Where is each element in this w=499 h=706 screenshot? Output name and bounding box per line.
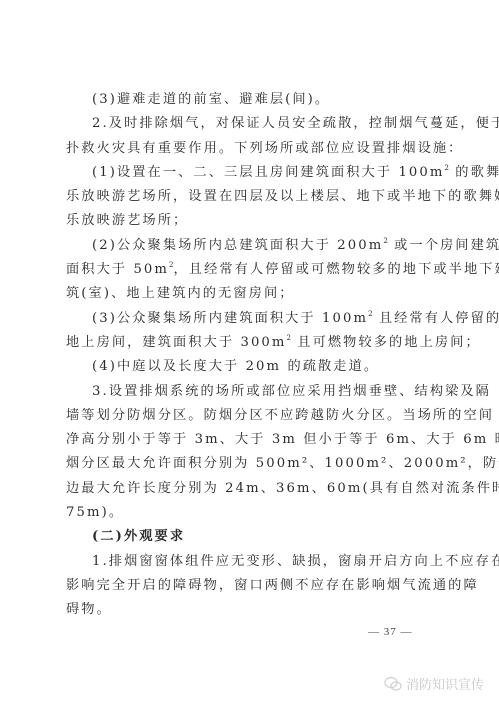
text-segment: 且可燃物较多的地上房间；: [291, 335, 481, 350]
document-page: (3)避难走道的前室、避难层(间)。2.及时排除烟气，对保证人员安全疏散，控制烟…: [66, 88, 434, 623]
text-segment: 地上房间，建筑面积大于 300m: [66, 335, 287, 350]
text-line: (3)公众聚集场所内建筑面积大于 100m2 且经常有人停留的: [66, 307, 434, 331]
text-line: 2.及时排除烟气，对保证人员安全疏散，控制烟气蔓延，便于: [66, 112, 434, 136]
text-line: 影响完全开启的障碍物，窗口两侧不应存在影响烟气流通的障: [66, 574, 434, 598]
text-line: 乐放映游艺场所；: [66, 209, 434, 233]
text-line: 地上房间，建筑面积大于 300m2 且可燃物较多的地上房间；: [66, 331, 434, 355]
wechat-icon: [384, 676, 402, 692]
watermark: 消防知识宣传: [384, 674, 484, 693]
text-line: 边最大允许长度分别为 24m、36m、60m(具有自然对流条件时为: [66, 477, 434, 501]
text-segment: (2)公众聚集场所内总建筑面积大于 200m: [92, 238, 383, 253]
text-segment: 且经常有人停留的: [373, 311, 499, 326]
text-line: (1)设置在一、二、三层且房间建筑面积大于 100m2 的歌舞娱: [66, 161, 434, 185]
text-line: 扑救火灾具有重要作用。下列场所或部位应设置排烟设施：: [66, 137, 434, 161]
text-line: 75m)。: [66, 501, 434, 525]
text-line: 净高分别小于等于 3m、大于 3m 但小于等于 6m、大于 6m 时，防: [66, 428, 434, 452]
text-line: 乐放映游艺场所，设置在四层及以上楼层、地下或半地下的歌舞娱: [66, 185, 434, 209]
text-segment: (3)公众聚集场所内建筑面积大于 100m: [92, 311, 368, 326]
text-line: 筑(室)、地上建筑内的无窗房间；: [66, 282, 434, 306]
text-line: 3.设置排烟系统的场所或部位应采用挡烟垂壁、结构梁及隔: [66, 380, 434, 404]
text-line: 面积大于 50m2，且经常有人停留或可燃物较多的地下或半地下建: [66, 258, 434, 282]
watermark-text: 消防知识宣传: [406, 674, 484, 693]
section-heading: (二)外观要求: [66, 525, 434, 549]
text-segment: ，且经常有人停留或可燃物较多的地下或半地下建: [174, 262, 499, 277]
text-segment: 或一个房间建筑: [388, 238, 499, 253]
text-segment: (1)设置在一、二、三层且房间建筑面积大于 100m: [92, 165, 445, 180]
text-line: (2)公众聚集场所内总建筑面积大于 200m2 或一个房间建筑: [66, 234, 434, 258]
text-line: 1.排烟窗窗体组件应无变形、缺损，窗扇开启方向上不应存在: [66, 550, 434, 574]
text-line: (4)中庭以及长度大于 20m 的疏散走道。: [66, 355, 434, 379]
page-number: — 37 —: [368, 626, 413, 638]
text-segment: 的歌舞娱: [449, 165, 499, 180]
text-line: 烟分区最大允许面积分别为 500m²、1000m²、2000m²，防烟分区长: [66, 452, 434, 476]
text-line: 碍物。: [66, 598, 434, 622]
text-line: (3)避难走道的前室、避难层(间)。: [66, 88, 434, 112]
text-segment: 面积大于 50m: [66, 262, 169, 277]
text-line: 墙等划分防烟分区。防烟分区不应跨越防火分区。当场所的空间: [66, 404, 434, 428]
